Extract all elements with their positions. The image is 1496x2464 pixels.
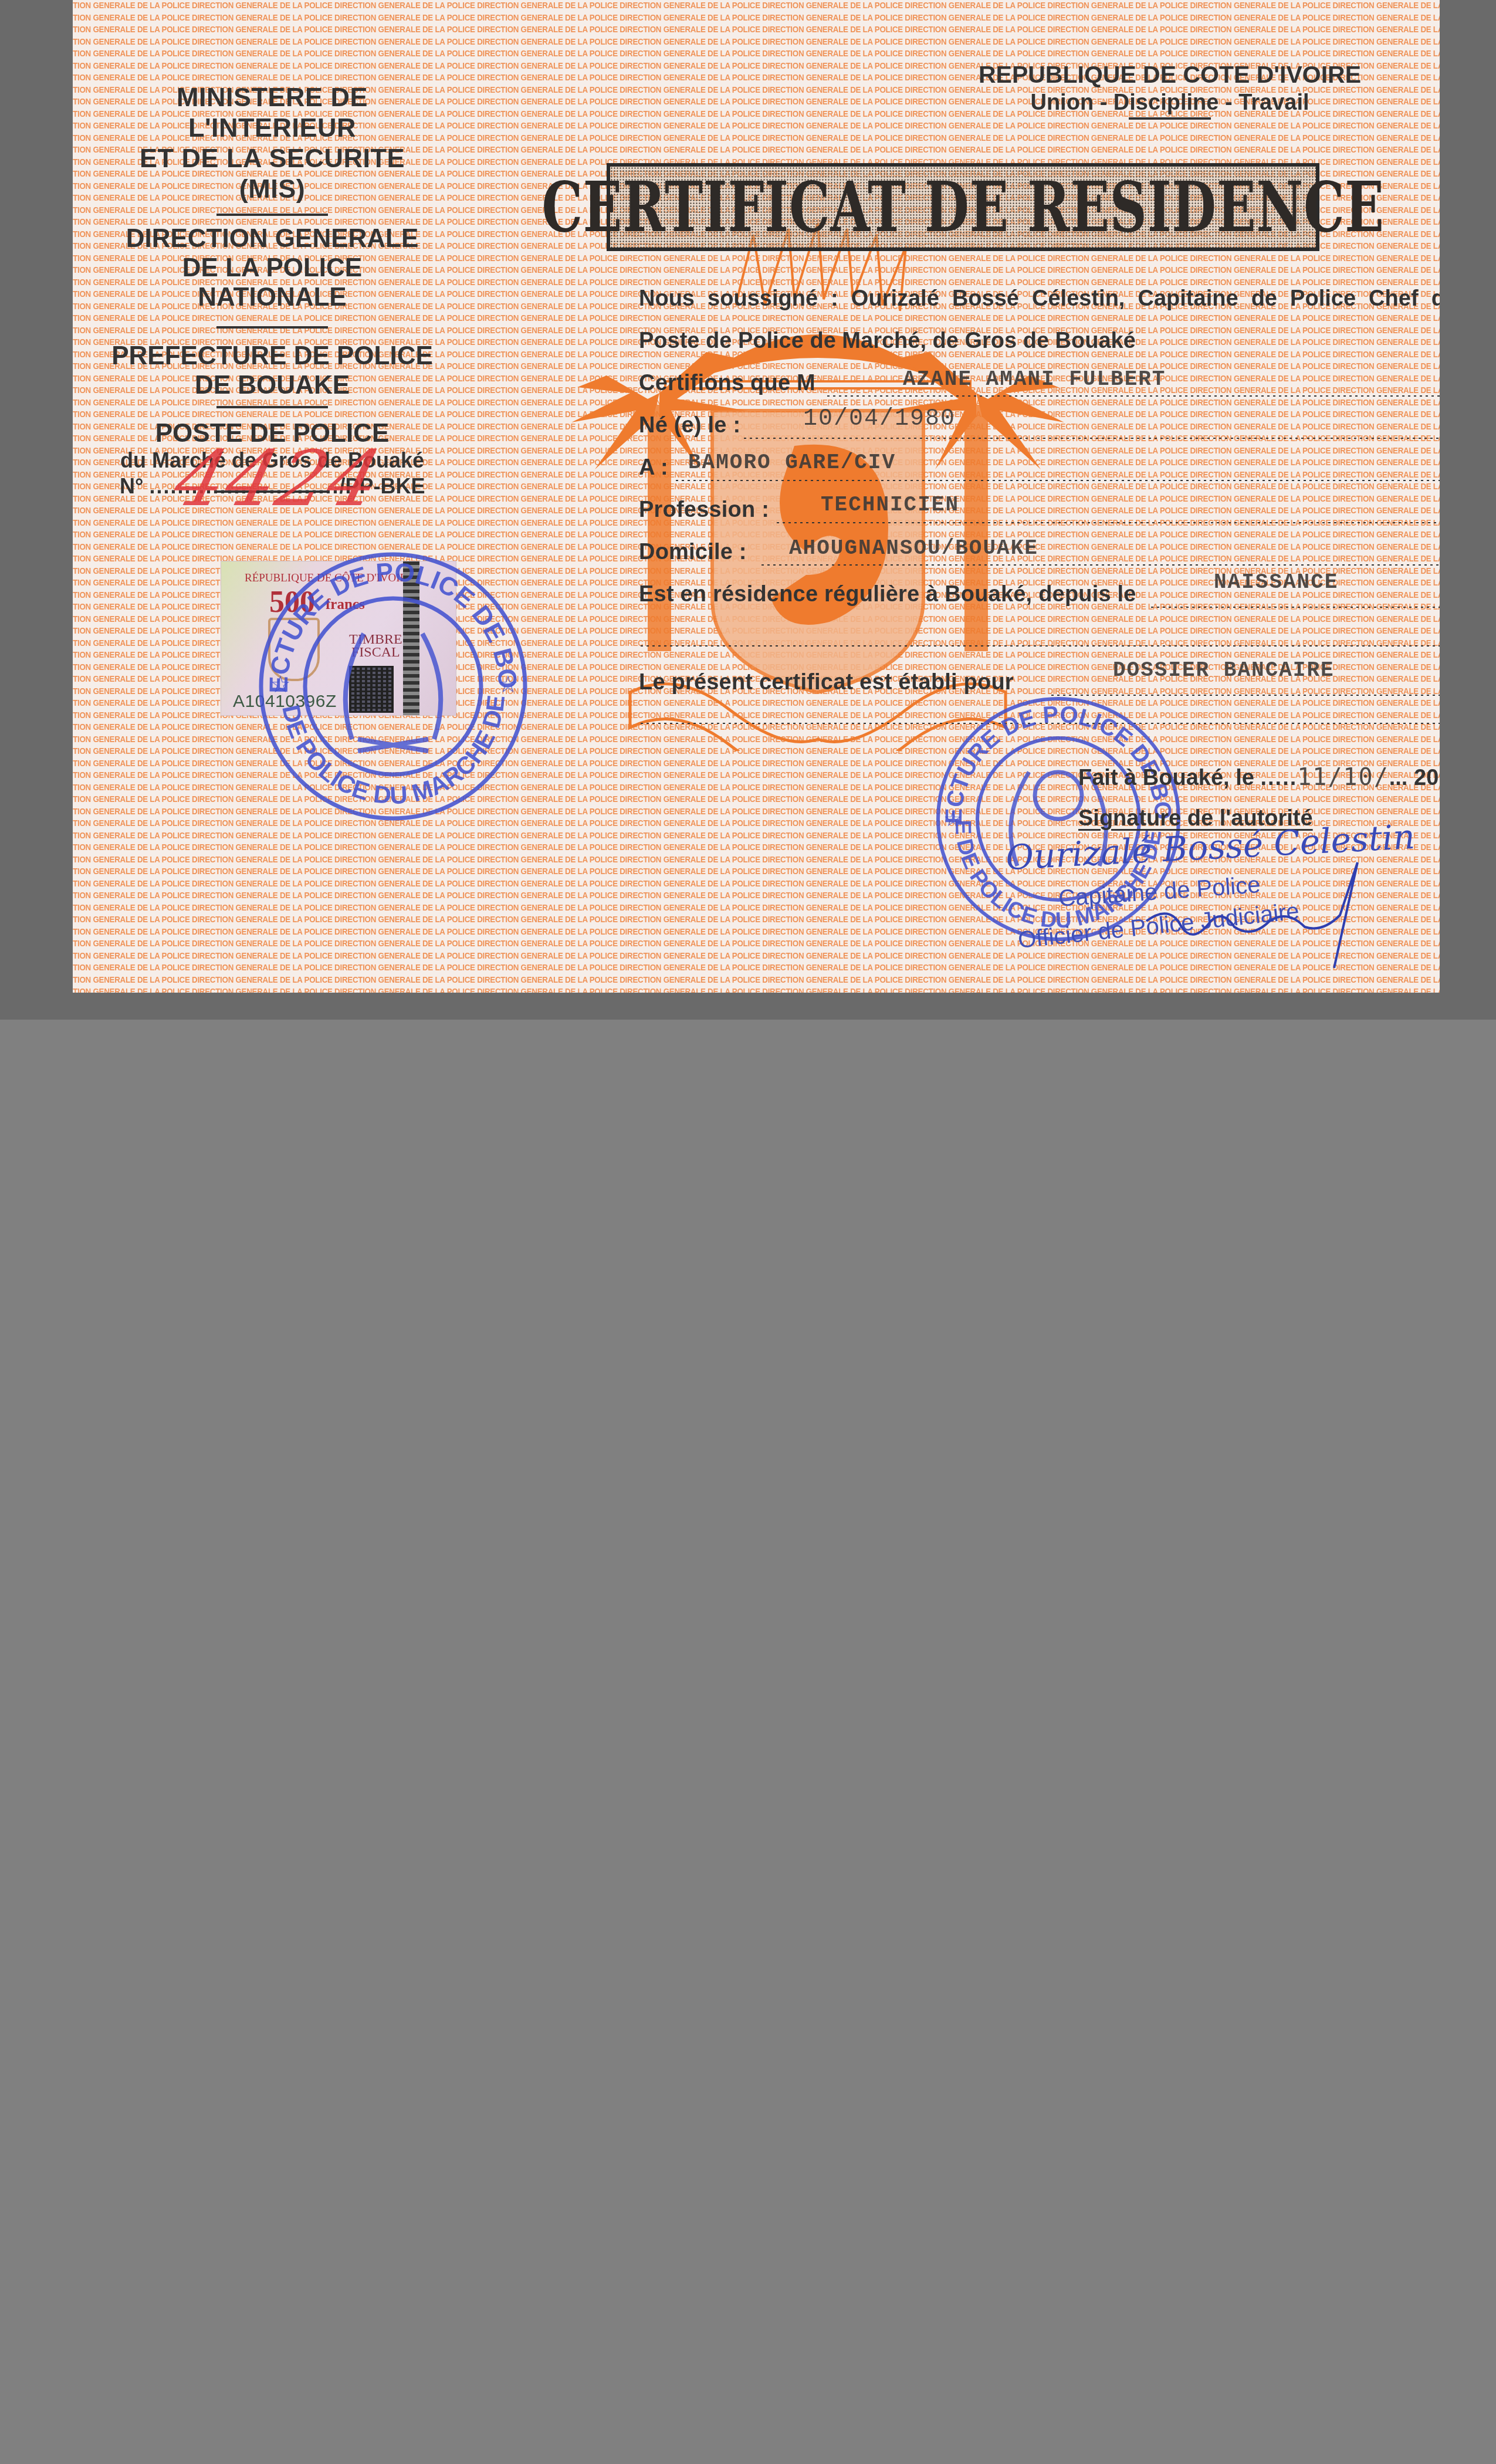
field-label: Né (e) le : xyxy=(639,413,740,438)
fiscal-stamp: RÉPUBLIQUE DE CÔTE D'IVOIRE 500 francs T… xyxy=(221,561,456,716)
dotted-line xyxy=(825,394,1440,398)
intro-line-2: Poste de Police de Marché, de Gros de Bo… xyxy=(639,329,1440,354)
direction-line-1: DIRECTION GENERALE xyxy=(108,224,436,253)
field-row-profession: Profession : TECHNICIEN xyxy=(639,497,1440,527)
national-motto: Union - Discipline - Travail xyxy=(964,89,1375,116)
fiscal-stamp-type-line-1: TIMBRE xyxy=(349,633,402,646)
field-value-birthdate: 10/04/1980 xyxy=(803,406,956,432)
field-row-purpose: Le présent certificat est établi pour DO… xyxy=(639,670,1440,699)
field-value-residence-since: NAISSANCE xyxy=(1214,570,1338,594)
qr-code-icon xyxy=(349,666,394,713)
divider xyxy=(216,406,328,408)
prefecture-line-1: PREFECTURE DE POLICE xyxy=(108,341,436,371)
field-row-residence-since: Est en résidence régulière à Bouaké, dep… xyxy=(639,582,1440,611)
fiscal-stamp-value: 500 xyxy=(269,585,315,620)
fiscal-stamp-currency: francs xyxy=(326,597,365,613)
blank-dotted-row xyxy=(639,716,1440,727)
field-label: Est en résidence régulière à Bouaké, dep… xyxy=(639,582,1136,607)
prefecture-line-2: DE BOUAKE xyxy=(108,371,436,400)
country-name: REPUBLIQUE DE COTE D'IVOIRE xyxy=(964,60,1375,89)
field-value-birthplace: BAMORO GARE/CIV xyxy=(688,451,896,475)
dotted-line xyxy=(1050,693,1440,697)
dotted-line xyxy=(639,722,1440,725)
fiscal-stamp-type-line-2: FISCAL xyxy=(349,646,402,659)
field-row-birthplace: A : BAMORO GARE/CIV xyxy=(639,455,1440,485)
document-title-box: CERTIFICAT DE RESIDENCE xyxy=(607,163,1319,251)
dotted-line xyxy=(742,436,1440,440)
ministry-line-1: MINISTERE DE L'INTERIEUR xyxy=(108,82,436,143)
field-row-birthdate: Né (e) le : 10/04/1980 xyxy=(639,413,1440,442)
handwritten-signature-icon xyxy=(1135,851,1381,968)
direction-line-2: DE LA POLICE NATIONALE xyxy=(108,253,436,312)
field-value-name: AZANE AMANI FULBERT xyxy=(903,367,1166,391)
dotted-line xyxy=(760,563,1440,567)
place-date-label: Fait à Bouaké, le xyxy=(1078,766,1254,790)
dotted-line xyxy=(775,521,1440,524)
number-label: N° xyxy=(120,474,143,498)
field-label: Certifions que M xyxy=(639,371,815,395)
field-label: A : xyxy=(639,455,668,480)
field-row-name: Certifions que M AZANE AMANI FULBERT xyxy=(639,371,1440,400)
fiscal-stamp-serial: A10410396Z xyxy=(233,692,337,712)
field-label: Domicile : xyxy=(639,540,747,564)
handwritten-number: 4424 xyxy=(166,434,392,523)
year-prefix: 20 xyxy=(1414,766,1439,790)
fiscal-stamp-type: TIMBRE FISCAL xyxy=(349,633,402,659)
document-title: CERTIFICAT DE RESIDENCE xyxy=(541,167,1384,248)
place-and-date: Fait à Bouaké, le .....11/10/... 20...22 xyxy=(1078,764,1440,791)
dotted-line xyxy=(639,644,1440,648)
field-row-domicile: Domicile : AHOUGNANSOU/BOUAKE xyxy=(639,540,1440,569)
date-day-month: 11/10/ xyxy=(1297,764,1389,791)
fiscal-stamp-country: RÉPUBLIQUE DE CÔTE D'IVOIRE xyxy=(245,572,414,585)
signature-block: Ourizalé Bossé Celestin Capitaine de Pol… xyxy=(1006,827,1415,867)
intro-line-1: Nous soussigné : Ourizalé Bossé Célestin… xyxy=(639,286,1440,312)
security-strip xyxy=(403,561,419,715)
ministry-line-2: ET DE LA SECURITE (MIS) xyxy=(108,143,436,204)
residence-certificate-document: DIRECTION GENERALE DE LA POLICE DIRECTIO… xyxy=(73,0,1440,993)
divider xyxy=(1129,117,1211,120)
blank-dotted-row xyxy=(639,638,1440,650)
field-value-profession: TECHNICIEN xyxy=(821,493,959,517)
divider xyxy=(216,214,328,216)
field-label: Profession : xyxy=(639,497,769,522)
field-label: Le présent certificat est établi pour xyxy=(639,670,1014,695)
republic-header: REPUBLIQUE DE COTE D'IVOIRE Union - Disc… xyxy=(964,60,1375,120)
dotted-line xyxy=(674,479,1440,482)
divider xyxy=(216,326,328,329)
field-value-domicile: AHOUGNANSOU/BOUAKE xyxy=(789,536,1038,560)
dotted-line xyxy=(1149,605,1440,609)
fiscal-stamp-crest-icon xyxy=(268,618,320,681)
field-value-purpose: DOSSIER BANCAIRE xyxy=(1113,658,1335,682)
